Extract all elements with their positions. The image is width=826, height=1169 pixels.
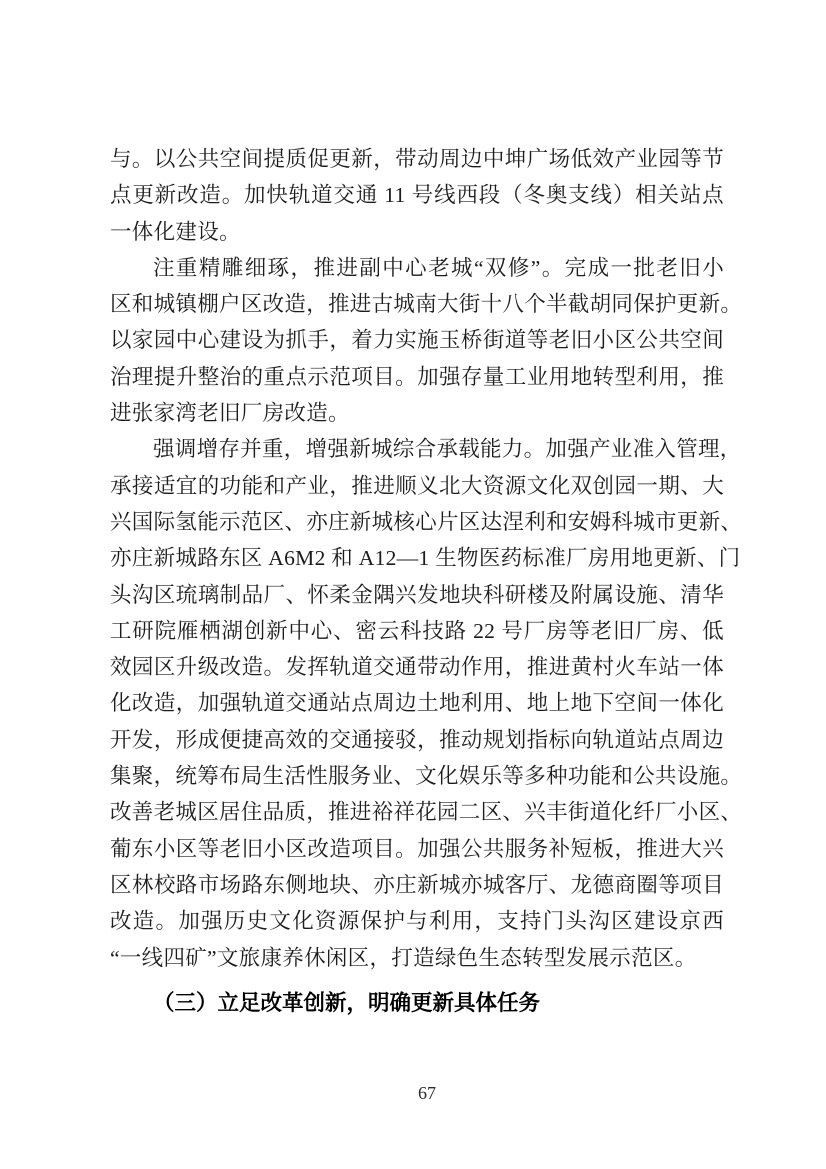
document-body: 与。以公共空间提质促更新，带动周边中坤广场低效产业园等节点更新改造。加快轨道交通… — [110, 141, 724, 1021]
text-line: 改造。加强历史文化资源保护与利用，支持门头沟区建设京西 — [110, 903, 724, 939]
text-line: 承接适宜的功能和产业，推进顺义北大资源文化双创园一期、大 — [110, 468, 724, 504]
text-line: 点更新改造。加快轨道交通 11 号线西段（冬奥支线）相关站点 — [110, 177, 724, 213]
text-line: 区和城镇棚户区改造，推进古城南大街十八个半截胡同保护更新。 — [110, 286, 724, 322]
text-line: 兴国际氢能示范区、亦庄新城核心片区达涅利和安姆科城市更新、 — [110, 504, 724, 540]
text-line: 葡东小区等老旧小区改造项目。加强公共服务补短板，推进大兴 — [110, 831, 724, 867]
text-line: 头沟区琉璃制品厂、怀柔金隅兴发地块科研楼及附属设施、清华 — [110, 577, 724, 613]
text-line: 强调增存并重，增强新城综合承载能力。加强产业准入管理， — [110, 431, 724, 467]
text-line: 区林校路市场路东侧地块、亦庄新城亦城客厅、龙德商圈等项目 — [110, 867, 724, 903]
text-line: 效园区升级改造。发挥轨道交通带动作用，推进黄村火车站一体 — [110, 649, 724, 685]
document-page: 与。以公共空间提质促更新，带动周边中坤广场低效产业园等节点更新改造。加快轨道交通… — [0, 0, 826, 1169]
text-line: 集聚，统筹布局生活性服务业、文化娱乐等多种功能和公共设施。 — [110, 758, 724, 794]
text-line: 与。以公共空间提质促更新，带动周边中坤广场低效产业园等节 — [110, 141, 724, 177]
text-line: 改善老城区居住品质，推进裕祥花园二区、兴丰街道化纤厂小区、 — [110, 794, 724, 830]
text-line: 亦庄新城路东区 A6M2 和 A12—1 生物医药标准厂房用地更新、门 — [110, 540, 724, 576]
paragraphs: 与。以公共空间提质促更新，带动周边中坤广场低效产业园等节点更新改造。加快轨道交通… — [110, 141, 724, 976]
text-line: 以家园中心建设为抓手，着力实施玉桥街道等老旧小区公共空间 — [110, 322, 724, 358]
section-heading: （三）立足改革创新，明确更新具体任务 — [110, 985, 724, 1021]
text-line: 注重精雕细琢，推进副中心老城“双修”。完成一批老旧小 — [110, 250, 724, 286]
page-number: 67 — [28, 1083, 826, 1104]
text-line: “一线四矿”文旅康养休闲区，打造绿色生态转型发展示范区。 — [110, 940, 724, 976]
text-line: 开发，形成便捷高效的交通接驳，推动规划指标向轨道站点周边 — [110, 722, 724, 758]
text-line: 一体化建设。 — [110, 214, 724, 250]
text-line: 治理提升整治的重点示范项目。加强存量工业用地转型利用，推 — [110, 359, 724, 395]
text-line: 进张家湾老旧厂房改造。 — [110, 395, 724, 431]
text-line: 工研院雁栖湖创新中心、密云科技路 22 号厂房等老旧厂房、低 — [110, 613, 724, 649]
text-line: 化改造，加强轨道交通站点周边土地利用、地上地下空间一体化 — [110, 685, 724, 721]
